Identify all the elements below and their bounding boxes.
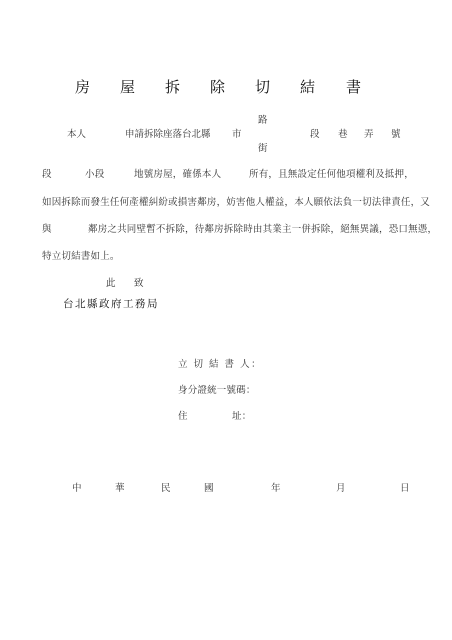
date-char: 民 bbox=[161, 480, 171, 494]
day-label: 日 bbox=[400, 480, 410, 494]
street-label: 街 bbox=[258, 140, 268, 154]
address-field-label-right: 址： bbox=[232, 408, 251, 422]
section-label: 段 bbox=[310, 126, 320, 140]
salutation-zhi: 致 bbox=[134, 275, 144, 289]
title-char: 書 bbox=[346, 76, 361, 97]
date-char: 中 bbox=[72, 480, 82, 494]
applicant-label: 本人 bbox=[67, 126, 86, 140]
subsection-label: 小段 bbox=[85, 166, 104, 180]
recipient: 台北縣政府工務局 bbox=[63, 296, 159, 311]
title-char: 拆 bbox=[165, 76, 180, 97]
road-label: 路 bbox=[258, 112, 268, 126]
with-label: 與 bbox=[42, 221, 52, 235]
id-number-field-label: 身分證統一號碼： bbox=[178, 382, 256, 396]
ownership-text: 所有，且無設定任何他項權利及抵押， bbox=[249, 166, 414, 180]
number-label: 號 bbox=[391, 126, 401, 140]
address-field-label-left: 住 bbox=[178, 408, 188, 422]
closing-text: 特立切結書如上。 bbox=[42, 248, 120, 262]
month-label: 月 bbox=[336, 480, 346, 494]
section-label-2: 段 bbox=[42, 166, 52, 180]
title-char: 除 bbox=[210, 76, 225, 97]
document-title: 房 屋 拆 除 切 結 書 bbox=[0, 76, 452, 96]
lot-text: 地號房屋，確係本人 bbox=[134, 166, 221, 180]
location-label: 申請拆除座落台北縣 bbox=[125, 126, 211, 140]
lane-label: 巷 bbox=[338, 126, 348, 140]
title-char: 結 bbox=[300, 76, 315, 97]
city-label: 市 bbox=[232, 126, 242, 140]
date-char: 華 bbox=[115, 480, 125, 494]
title-char: 屋 bbox=[120, 76, 135, 97]
salutation-ci: 此 bbox=[106, 275, 116, 289]
shared-wall-text: 鄰房之共同壁暫不拆除，待鄰房拆除時由其業主一併拆除，絕無異議，恐口無憑， bbox=[88, 221, 437, 235]
alley-label: 弄 bbox=[364, 126, 374, 140]
liability-text: 如因拆除而發生任何產權糾紛或損害鄰房，妨害他人權益，本人願依法負一切法律責任，又 bbox=[42, 194, 430, 208]
year-label: 年 bbox=[271, 480, 281, 494]
title-char: 房 bbox=[75, 76, 90, 97]
date-char: 國 bbox=[204, 480, 214, 494]
signer-field-label: 立 切 結 書 人： bbox=[178, 356, 262, 370]
title-char: 切 bbox=[255, 76, 270, 97]
